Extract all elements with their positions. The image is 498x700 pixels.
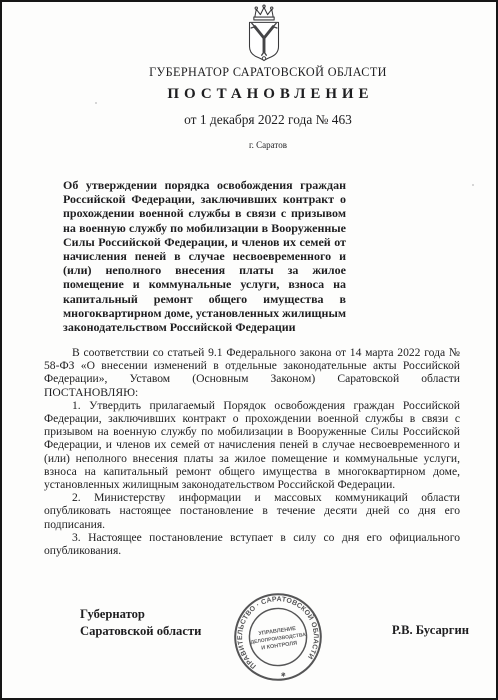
scan-noise <box>472 184 474 186</box>
signature-position-line1: Губернатор <box>80 606 201 623</box>
paragraph-item-3: 3. Настоящее постановление вступает в си… <box>44 531 460 557</box>
place-of-issue: г. Саратов <box>40 140 496 150</box>
official-stamp: ПРАВИТЕЛЬСТВО · САРАТОВСКОЙ ОБЛАСТИ ✱ УП… <box>226 585 330 689</box>
signature-position-line2: Саратовской области <box>80 623 201 640</box>
decree-title: Об утверждении порядка освобождения граж… <box>63 178 346 334</box>
stamp-bottom-star: ✱ <box>280 671 286 679</box>
paragraph-item-1: 1. Утвердить прилагаемый Порядок освобож… <box>44 399 460 491</box>
paragraph-item-2: 2. Министерству информации и массовых ко… <box>44 491 460 531</box>
scan-noise <box>285 303 287 305</box>
signature-position: Губернатор Саратовской области <box>80 606 201 639</box>
date-and-number: от 1 декабря 2022 года № 463 <box>40 112 496 128</box>
paragraph-preamble: В соответствии со статьей 9.1 Федерально… <box>44 346 460 399</box>
scan-noise <box>95 102 97 104</box>
decree-body: В соответствии со статьей 9.1 Федерально… <box>44 346 460 557</box>
signature-name: Р.В. Бусаргин <box>392 623 469 638</box>
scanned-decree-page: ГУБЕРНАТОР САРАТОВСКОЙ ОБЛАСТИ ПОСТАНОВЛ… <box>0 0 498 700</box>
issuing-authority: ГУБЕРНАТОР САРАТОВСКОЙ ОБЛАСТИ <box>40 65 496 80</box>
saratov-coat-of-arms-icon <box>234 4 294 62</box>
document-type-title: ПОСТАНОВЛЕНИЕ <box>40 86 496 103</box>
